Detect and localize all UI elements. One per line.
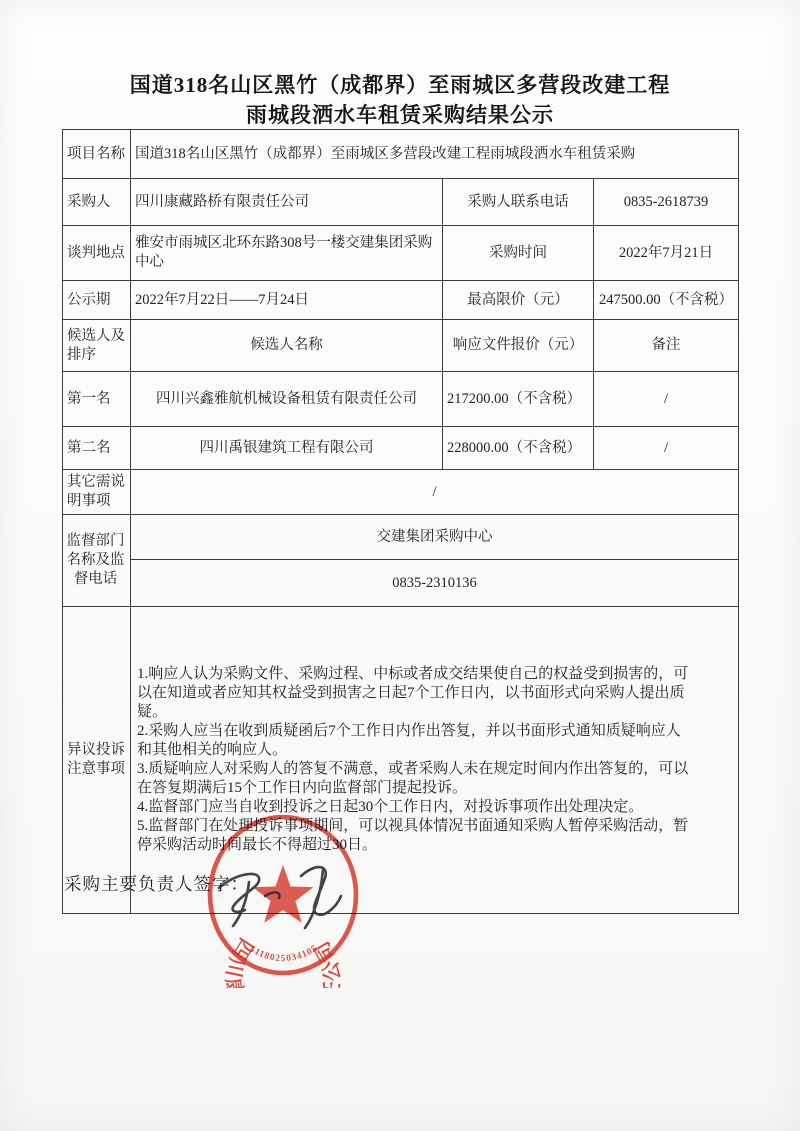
table-row-objection: 异议投诉注意事项 1.响应人认为采购文件、采购过程、中标或者成交结果使自己的权益… bbox=[63, 607, 739, 914]
table-row-project: 项目名称 国道318名山区黑竹（成都界）至雨城区多营段改建工程雨城段洒水车租赁采… bbox=[63, 130, 739, 179]
purchase-time-value: 2022年7月21日 bbox=[594, 226, 739, 281]
project-label: 项目名称 bbox=[63, 130, 131, 179]
document-title-line2: 雨城段洒水车租赁采购结果公示 bbox=[0, 100, 800, 130]
scanned-document-page: 国道318名山区黑竹（成都界）至雨城区多营段改建工程 雨城段洒水车租赁采购结果公… bbox=[0, 0, 800, 1131]
purchase-time-label: 采购时间 bbox=[443, 226, 594, 281]
location-label: 谈判地点 bbox=[63, 226, 131, 281]
objection-item: 1.响应人认为采购文件、采购过程、中标或者成交结果使自己的权益受到损害的，可以在… bbox=[137, 665, 692, 722]
table-row-publicity: 公示期 2022年7月22日——7月24日 最高限价（元） 247500.00（… bbox=[63, 281, 739, 320]
remark-column-header: 备注 bbox=[594, 320, 739, 372]
procurement-result-table: 项目名称 国道318名山区黑竹（成都界）至雨城区多营段改建工程雨城段洒水车租赁采… bbox=[62, 129, 739, 914]
second-candidate-remark: / bbox=[594, 427, 739, 470]
project-value: 国道318名山区黑竹（成都界）至雨城区多营段改建工程雨城段洒水车租赁采购 bbox=[131, 130, 739, 179]
first-candidate-quote: 217200.00（不含税） bbox=[443, 372, 594, 427]
first-candidate-remark: / bbox=[594, 372, 739, 427]
objection-item: 3.质疑响应人对采购人的答复不满意，或者采购人未在规定时间内作出答复的，可以在答… bbox=[137, 760, 692, 798]
purchaser-label: 采购人 bbox=[63, 179, 131, 226]
purchaser-phone-label: 采购人联系电话 bbox=[443, 179, 594, 226]
table-row-supervision-phone: 0835-2310136 bbox=[63, 560, 739, 607]
table-row-other-notes: 其它需说明事项 / bbox=[63, 470, 739, 515]
supervision-dept-value: 交建集团采购中心 bbox=[131, 515, 739, 560]
document-title: 国道318名山区黑竹（成都界）至雨城区多营段改建工程 雨城段洒水车租赁采购结果公… bbox=[0, 70, 800, 130]
first-candidate-name: 四川兴鑫雅航机械设备租赁有限责任公司 bbox=[131, 372, 443, 427]
location-value: 雅安市雨城区北环东路308号一楼交建集团采购中心 bbox=[131, 226, 443, 281]
table-row-supervision-dept: 监督部门名称及监督电话 交建集团采购中心 bbox=[63, 515, 739, 560]
quote-column-header: 响应文件报价（元） bbox=[443, 320, 594, 372]
table-row-second-candidate: 第二名 四川禹银建筑工程有限公司 228000.00（不含税） / bbox=[63, 427, 739, 470]
other-notes-label: 其它需说明事项 bbox=[63, 470, 131, 515]
publicity-value: 2022年7月22日——7月24日 bbox=[131, 281, 443, 320]
table-row-location: 谈判地点 雅安市雨城区北环东路308号一楼交建集团采购中心 采购时间 2022年… bbox=[63, 226, 739, 281]
first-rank-label: 第一名 bbox=[63, 372, 131, 427]
second-candidate-name: 四川禹银建筑工程有限公司 bbox=[131, 427, 443, 470]
candidate-name-column-header: 候选人名称 bbox=[131, 320, 443, 372]
objection-item: 2.采购人应当在收到质疑函后7个工作日内作出答复，并以书面形式通知质疑响应人和其… bbox=[137, 722, 692, 760]
second-rank-label: 第二名 bbox=[63, 427, 131, 470]
max-price-value: 247500.00（不含税） bbox=[594, 281, 739, 320]
purchaser-phone-value: 0835-2618739 bbox=[594, 179, 739, 226]
table-row-purchaser: 采购人 四川康藏路桥有限责任公司 采购人联系电话 0835-2618739 bbox=[63, 179, 739, 226]
objection-label: 异议投诉注意事项 bbox=[63, 607, 131, 914]
supervision-phone-value: 0835-2310136 bbox=[131, 560, 739, 607]
supervision-label: 监督部门名称及监督电话 bbox=[63, 515, 131, 607]
other-notes-value: / bbox=[131, 470, 739, 515]
table-row-first-candidate: 第一名 四川兴鑫雅航机械设备租赁有限责任公司 217200.00（不含税） / bbox=[63, 372, 739, 427]
candidates-header-label: 候选人及排序 bbox=[63, 320, 131, 372]
table-row-candidates-header: 候选人及排序 候选人名称 响应文件报价（元） 备注 bbox=[63, 320, 739, 372]
second-candidate-quote: 228000.00（不含税） bbox=[443, 427, 594, 470]
purchaser-value: 四川康藏路桥有限责任公司 bbox=[131, 179, 443, 226]
publicity-label: 公示期 bbox=[63, 281, 131, 320]
handwritten-signature bbox=[205, 852, 385, 947]
document-title-line1: 国道318名山区黑竹（成都界）至雨城区多营段改建工程 bbox=[0, 70, 800, 100]
max-price-label: 最高限价（元） bbox=[443, 281, 594, 320]
